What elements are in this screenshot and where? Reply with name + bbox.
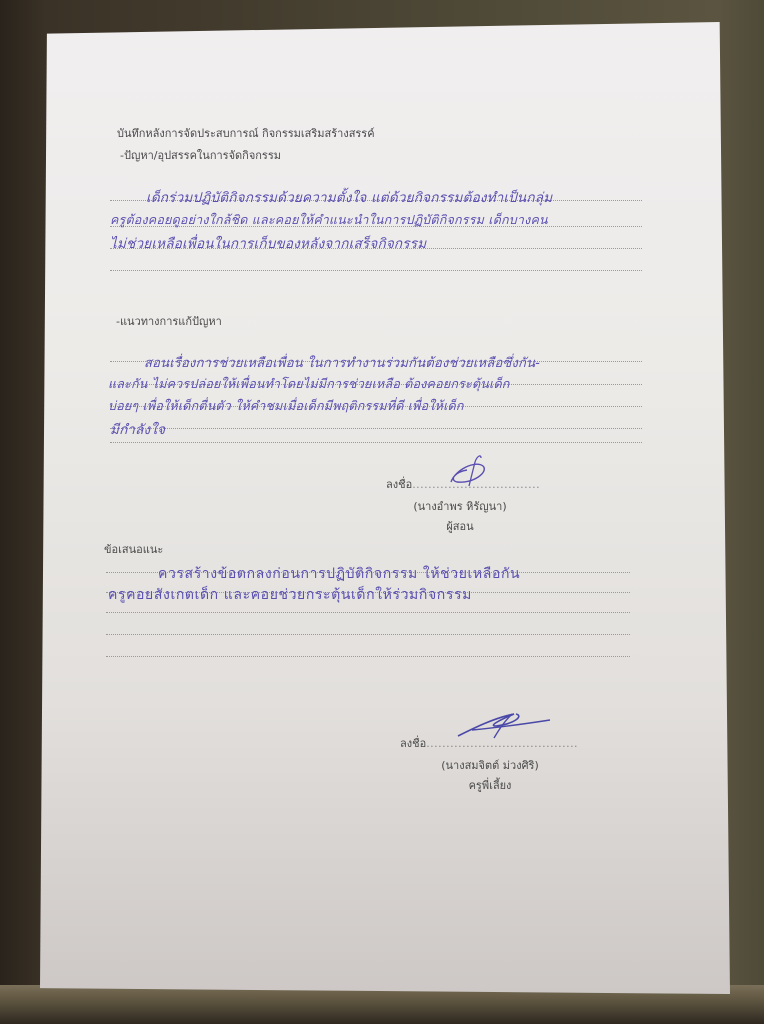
problems-line: ครูต้องคอยดูอย่างใกล้ชิด และคอยให้คำแนะน… [110, 210, 548, 230]
document-page: บันทึกหลังการจัดประสบการณ์ กิจกรรมเสริมส… [40, 22, 730, 994]
suggestions-line: ควรสร้างข้อตกลงก่อนการปฏิบัติกิจกรรม ให้… [158, 563, 520, 585]
dotted-line [106, 634, 630, 635]
solutions-line: บ่อยๆ เพื่อให้เด็กตื่นตัว ให้คำชมเมื่อเด… [108, 396, 464, 416]
solutions-heading: -แนวทางการแก้ปัญหา [116, 312, 222, 330]
suggestions-line: ครูคอยสังเกตเด็ก และคอยช่วยกระตุ้นเด็กให… [108, 584, 472, 606]
suggestions-heading: ข้อเสนอแนะ [104, 540, 163, 558]
dotted-line [110, 270, 642, 271]
mentor-role: ครูพี่เลี้ยง [420, 776, 560, 794]
document-title: บันทึกหลังการจัดประสบการณ์ กิจกรรมเสริมส… [117, 124, 375, 142]
solutions-line: สอนเรื่องการช่วยเหลือเพื่อน ในการทำงานร่… [144, 352, 540, 373]
problems-heading: -ปัญหา/อุปสรรคในการจัดกิจกรรม [120, 146, 281, 164]
dotted-line [110, 428, 642, 429]
solutions-line: และกัน ไม่ควรปล่อยให้เพื่อนทำโดยไม่มีการ… [108, 374, 510, 394]
teacher-role: ผู้สอน [400, 517, 520, 535]
teacher-name: (นางอำพร หิรัญนา) [400, 497, 520, 515]
dotted-line [106, 656, 630, 657]
mentor-name: (นางสมจิตต์ ม่วงศิริ) [420, 756, 560, 774]
dotted-line [110, 442, 642, 443]
dotted-line [106, 612, 630, 613]
sign-label-text: ลงชื่อ [386, 478, 412, 491]
sign-label-text: ลงชื่อ [400, 737, 426, 750]
problems-line: ไม่ช่วยเหลือเพื่อนในการเก็บของหลังจากเสร… [110, 232, 426, 254]
mentor-signature-mark [454, 708, 554, 742]
teacher-signature-mark [445, 452, 495, 488]
solutions-line: มีกำลังใจ [110, 418, 165, 440]
problems-line: เด็กร่วมปฏิบัติกิจกรรมด้วยความตั้งใจ แต่… [146, 186, 552, 208]
